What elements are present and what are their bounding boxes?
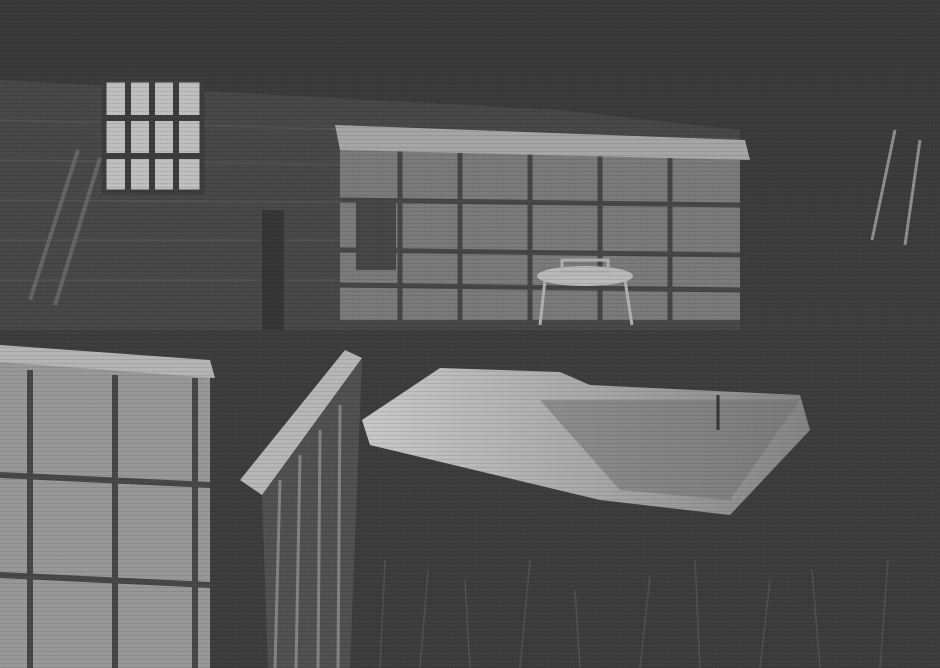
photograph: Grainy monochrome photo of a garden plot…: [0, 0, 940, 668]
garden-scene: [0, 0, 940, 668]
